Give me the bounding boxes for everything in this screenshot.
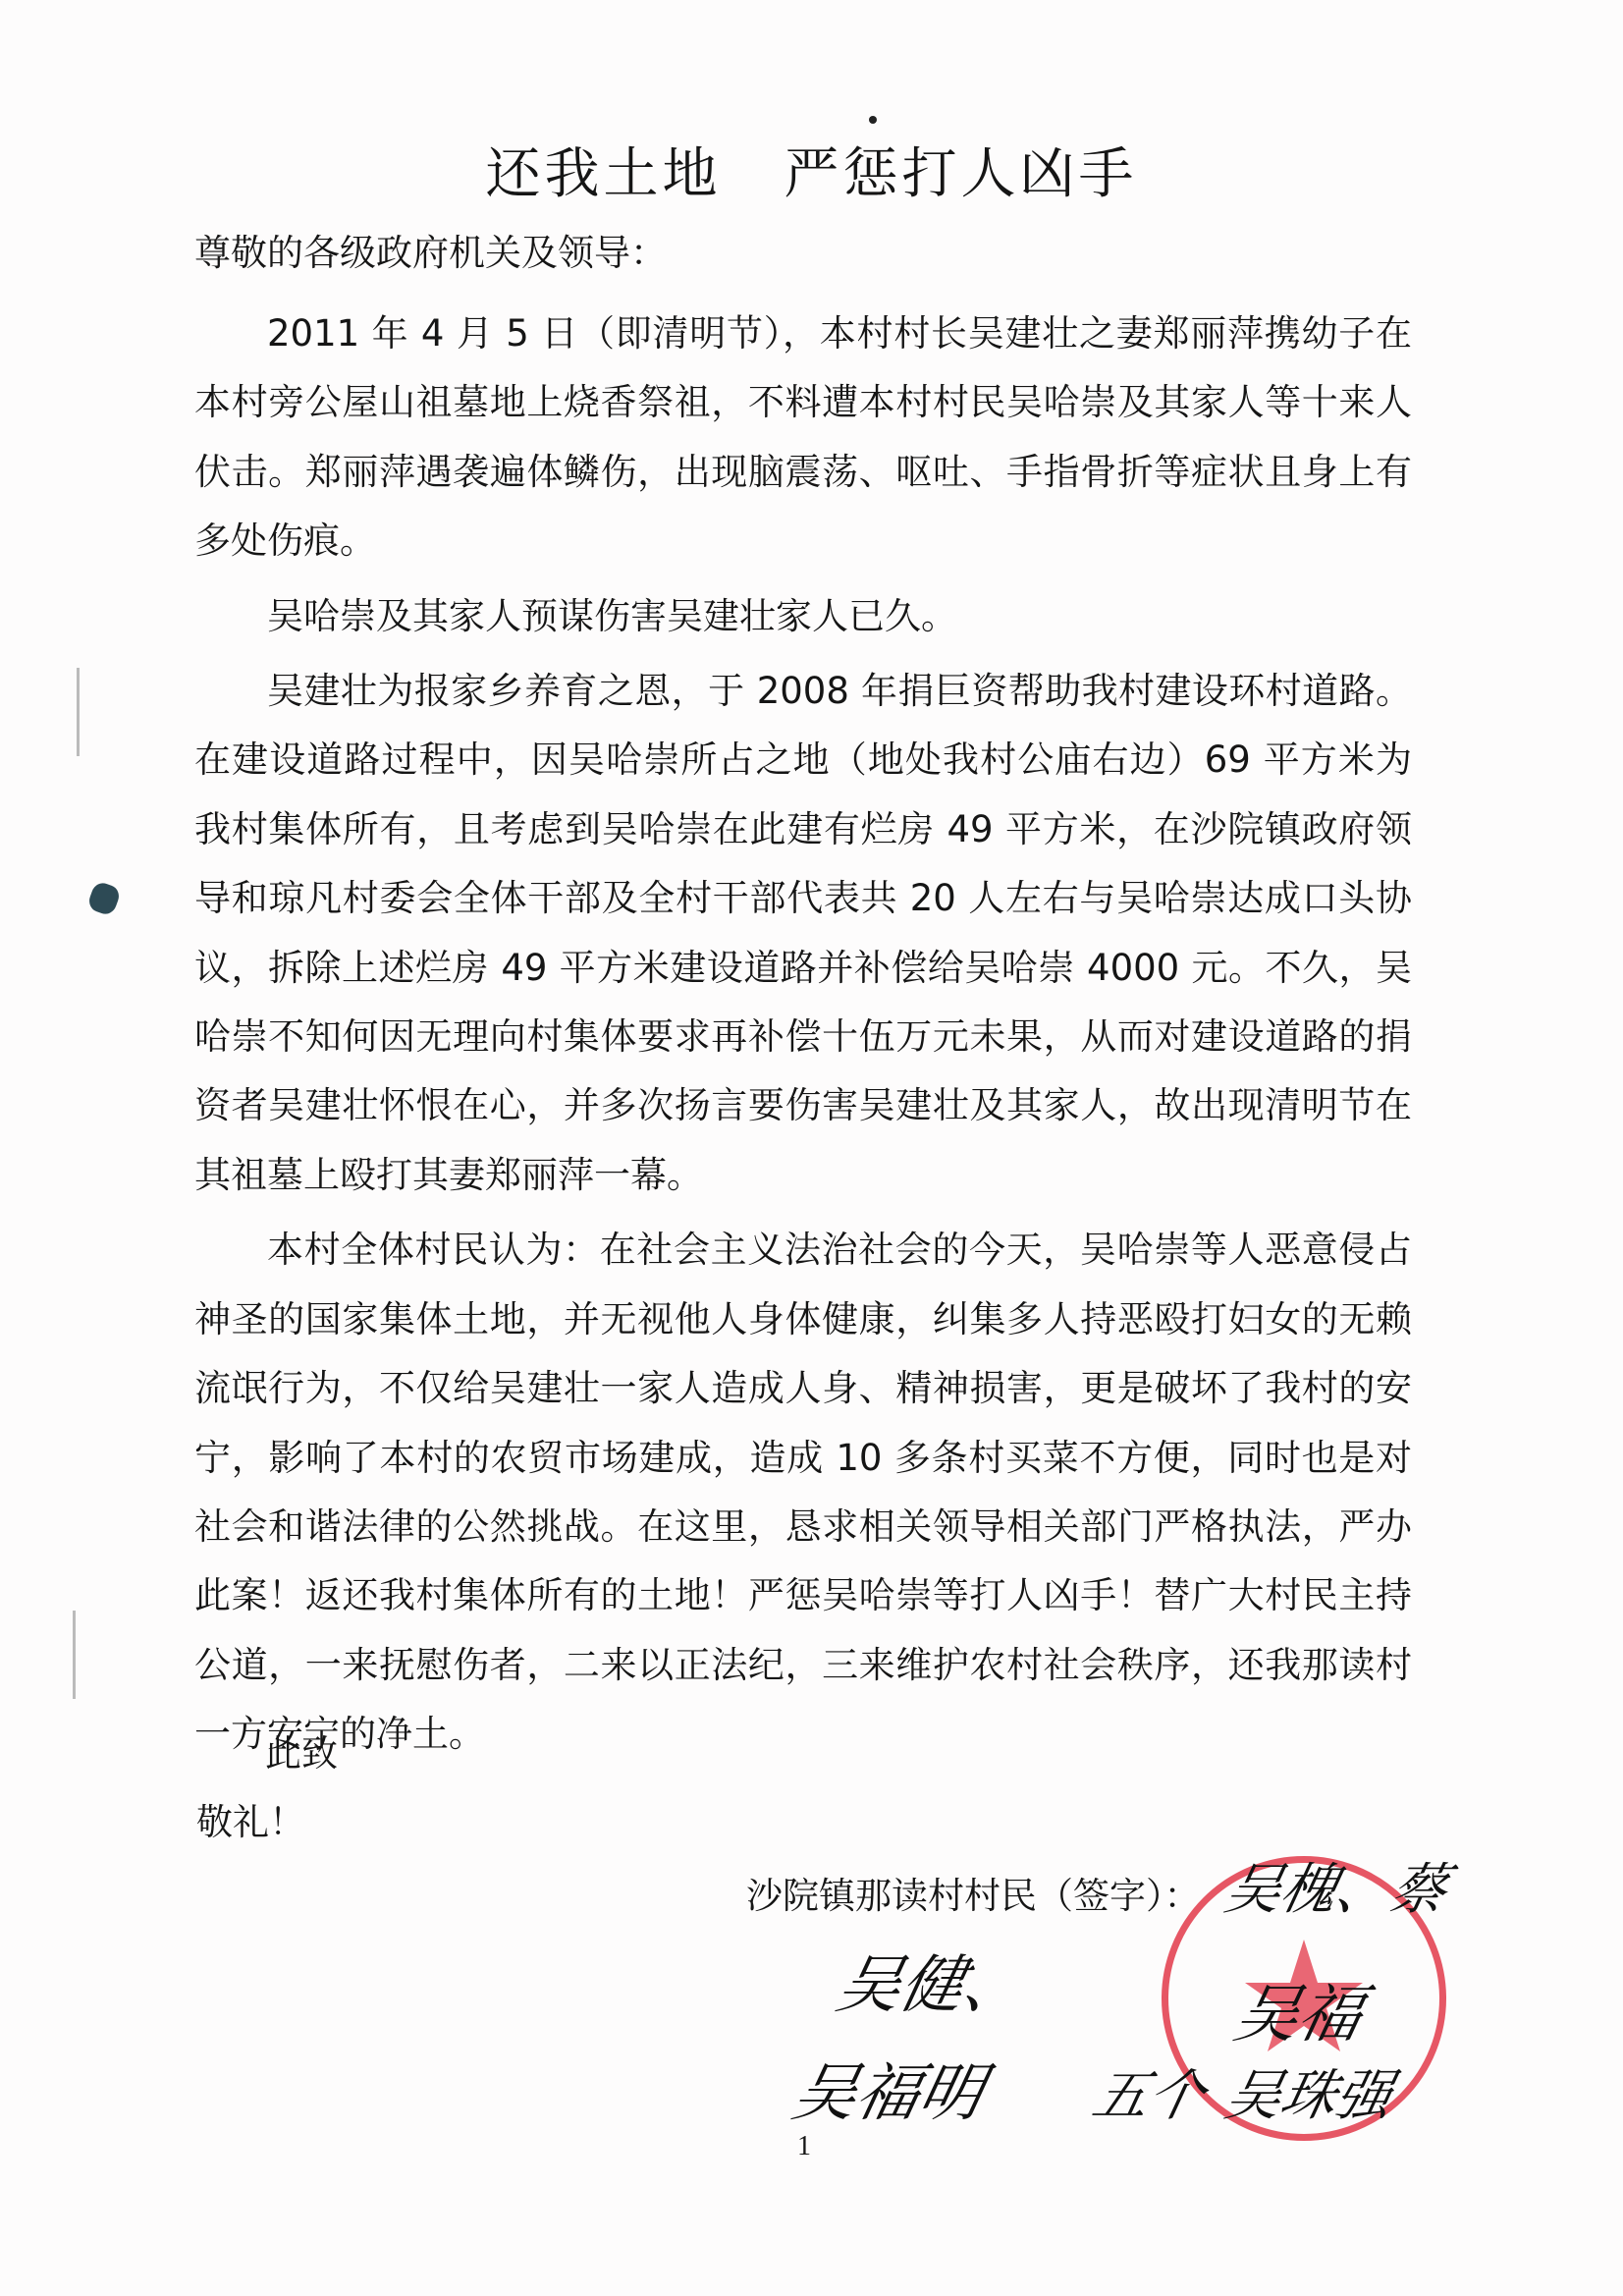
- signature-2: 吴福明: [785, 2043, 994, 2133]
- closing-line-1: 此致: [265, 1723, 338, 1777]
- paragraph-background: 吴建壮为报家乡养育之恩，于 2008 年捐巨资帮助我村建设环村道路。在建设道路过…: [194, 657, 1412, 1210]
- salutation: 尊敬的各级政府机关及领导：: [194, 226, 667, 281]
- letter-body: 2011 年 4 月 5 日（即清明节），本村村长吴建壮之妻郑丽萍携幼子在本村旁…: [194, 300, 1412, 1770]
- title-part-2: 严惩打人凶手: [784, 142, 1138, 206]
- signature-3: 吴槐、蔡: [1218, 1846, 1455, 1925]
- paragraph-premeditation: 吴哈崇及其家人预谋伤害吴建壮家人已久。: [194, 582, 1412, 651]
- paragraph-appeal: 本村全体村民认为：在社会主义法治社会的今天，吴哈崇等人恶意侵占神圣的国家集体土地…: [194, 1216, 1412, 1769]
- binding-hole-mark: [77, 668, 80, 756]
- title-part-1: 还我土地: [486, 142, 722, 206]
- signature-5: 五个: [1086, 2052, 1213, 2131]
- scanned-letter-page: 还我土地严惩打人凶手 尊敬的各级政府机关及领导： 2011 年 4 月 5 日（…: [0, 0, 1623, 2296]
- document-title: 还我土地严惩打人凶手: [0, 136, 1623, 214]
- ink-blot: [86, 880, 123, 917]
- signature-6: 吴珠强: [1218, 2052, 1400, 2131]
- page-number: 1: [797, 2131, 811, 2162]
- closing-line-2: 敬礼！: [196, 1792, 305, 1845]
- signer-label: 沙院镇那读村村民（签字）：: [746, 1866, 1201, 1919]
- signature-1: 吴健、: [830, 1935, 1038, 2025]
- signature-4: 吴福: [1227, 1964, 1373, 2054]
- paragraph-incident: 2011 年 4 月 5 日（即清明节），本村村长吴建壮之妻郑丽萍携幼子在本村旁…: [194, 300, 1412, 576]
- binding-hole-mark: [73, 1611, 76, 1699]
- ink-speck: [869, 116, 877, 124]
